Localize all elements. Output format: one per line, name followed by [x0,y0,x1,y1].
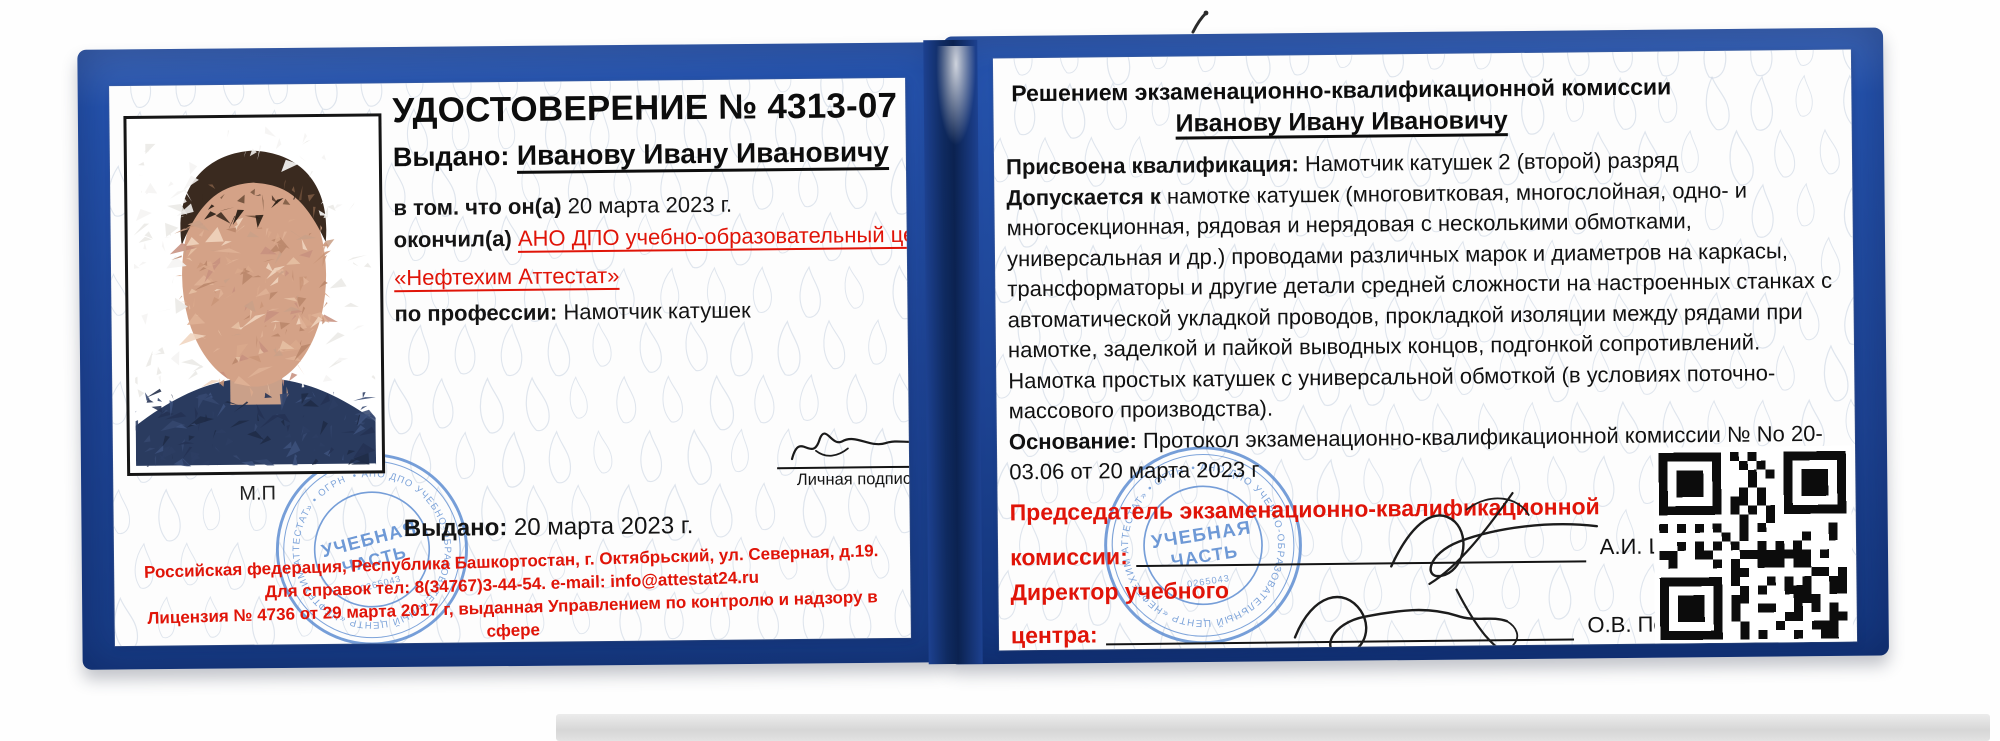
photo-frame [123,113,385,476]
completion-date-line: в том. что он(а) 20 марта 2023 г. [393,192,732,222]
organization-name-line2: «Нефтехим Аттестат» [394,263,620,290]
pen-mark [1186,8,1212,38]
spine-glare [936,46,976,146]
profession-value: Намотчик катушек [563,297,751,324]
personal-signature-block: Личная подпись [777,418,911,491]
profession-label: по профессии: [394,300,557,327]
holder-photo [132,122,376,466]
organization-line: окончил(а) АНО ДПО учебно-образовательны… [394,221,911,253]
admission-label: Допускается к [1006,183,1161,210]
organization-name-line1: АНО ДПО учебно-образовательный центр [518,221,911,251]
personal-signature [782,418,911,474]
issue-date-line: Выдано: 20 марта 2023 г. [404,512,694,543]
admission-text: намотке катушек (многовитковая, многосло… [1007,177,1833,423]
certificate-left-page: • АНО ДПО УЧЕБНО-ОБРАЗОВАТЕЛЬНЫЙ ЦЕНТР «… [109,78,911,646]
issue-date-value: 20 марта 2023 г. [514,512,694,541]
personal-signature-label: Личная подпись [777,470,911,491]
scan-table-edge [556,714,1990,741]
basis-label: Основание: [1009,428,1137,454]
mp-label: М.П [239,482,276,505]
that-label: в том. что он(а) [393,193,561,220]
chairman-title-line2: комиссии: [1010,543,1128,571]
chairman-signature-line [1136,526,1586,567]
organization-line2: «Нефтехим Аттестат» [394,263,620,291]
that-value: 20 марта 2023 г. [568,192,733,219]
director-signature-line [1105,604,1573,645]
certificate-title: УДОСТОВЕРЕНИЕ № 4313-07 [392,86,897,131]
qualification-label: Присвоена квалификация: [1006,151,1299,179]
finished-label: окончил(а) [394,226,512,252]
qualification-paragraph: Присвоена квалификация: Намотчик катушек… [1006,144,1835,488]
issued-to-line: Выдано: Иванову Ивану Ивановичу [393,136,889,173]
scanned-certificate-booklet: • АНО ДПО УЧЕБНО-ОБРАЗОВАТЕЛЬНЫЙ ЦЕНТР «… [0,0,2000,741]
qualification-value: Намотчик катушек 2 (второй) разряд [1305,147,1679,176]
issue-date-label: Выдано: [404,514,508,542]
director-signature [1280,563,1526,651]
profession-line: по профессии: Намотчик катушек [394,297,750,327]
issued-label: Выдано: [393,141,510,172]
director-title-line2: центра: [1011,621,1098,649]
certificate-right-page: • АНО ДПО УЧЕБНО-ОБРАЗОВАТЕЛЬНЫЙ ЦЕНТР «… [993,50,1857,651]
qr-code [1653,446,1853,646]
holder-name: Иванову Ивану Ивановичу [517,136,889,171]
director-title-line: Директор учебного [1010,577,1229,606]
